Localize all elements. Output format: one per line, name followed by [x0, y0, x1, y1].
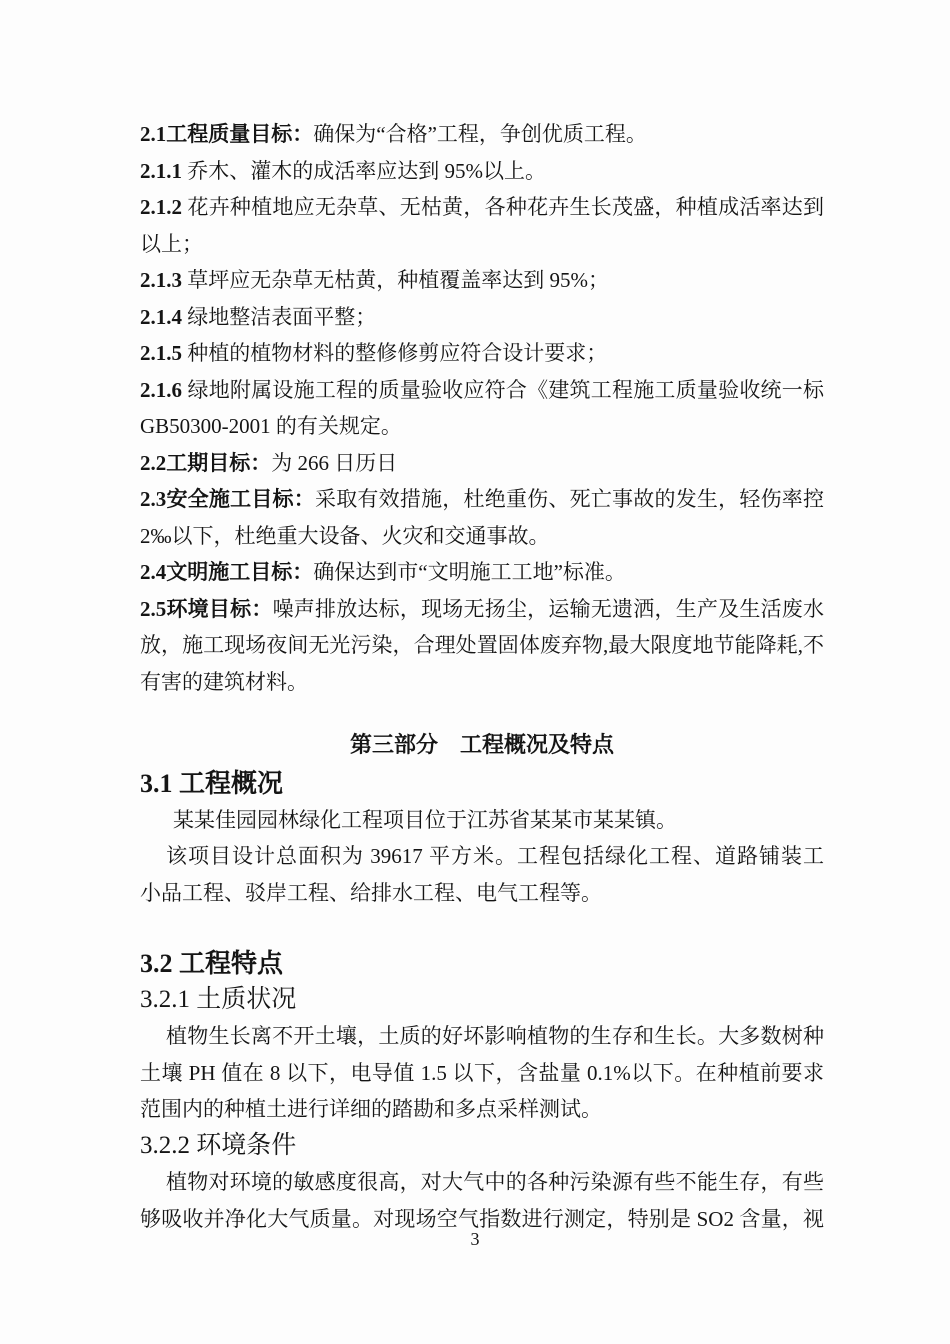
- text-segment: 植物生长离不开土壤，土质的好坏影响植物的生存和生长。大多数树种要求: [140, 1024, 824, 1055]
- text-segment: 工程概况: [179, 768, 283, 798]
- text-segment: 花卉种植地应无杂草、无枯黄，各种花卉生长茂盛，种植成活率达到 98%: [140, 195, 824, 226]
- text-segment: 2.2: [140, 451, 166, 475]
- line-2-3-safety-target: 2.3安全施工目标：采取有效措施，杜绝重伤、死亡事故的发生，轻伤率控制在: [140, 481, 824, 518]
- text-segment: 2.3: [140, 487, 166, 511]
- heading-3-2-2: 3.2.2 环境条件: [140, 1128, 824, 1165]
- text-segment: 2.1.4: [140, 305, 187, 329]
- line-2-1-2-cont: 以上；: [140, 226, 824, 263]
- text-segment: 2.1.6: [140, 378, 187, 402]
- heading-3-2-1: 3.2.1 土质状况: [140, 982, 824, 1019]
- text-segment: 3.2: [140, 949, 179, 978]
- text-segment: 工程特点: [179, 948, 283, 978]
- text-segment: 该项目设计总面积为 39617 平方米。工程包括绿化工程、道路铺装工程、装饰: [140, 844, 824, 875]
- line-2-4-civilized-target: 2.4文明施工目标：确保达到市“文明施工工地”标准。: [140, 554, 824, 591]
- text-segment: GB50300-2001 的有关规定。: [140, 414, 402, 438]
- line-3-2-2-p1: 植物对环境的敏感度很高，对大气中的各种污染源有些不能生存，有些却能: [140, 1164, 824, 1201]
- line-3-1-p2-cont: 小品工程、驳岸工程、给排水工程、电气工程等。: [140, 875, 824, 912]
- text-segment: 3.1: [140, 769, 179, 798]
- text-segment: 有害的建筑材料。: [140, 670, 308, 694]
- text-segment: 2.1: [140, 122, 166, 146]
- line-2-1-3: 2.1.3 草坪应无杂草无枯黄，种植覆盖率达到 95%；: [140, 262, 824, 299]
- line-2-1-4: 2.1.4 绿地整洁表面平整；: [140, 299, 824, 336]
- text-segment: 草坪应无杂草无枯黄，种植覆盖率达到 95%；: [187, 268, 609, 292]
- text-segment: 3.2.1 土质状况: [140, 986, 296, 1013]
- line-2-1-1: 2.1.1 乔木、灌木的成活率应达到 95%以上。: [140, 153, 824, 190]
- line-2-1-6-cont: GB50300-2001 的有关规定。: [140, 408, 824, 445]
- text-segment: 绿地附属设施工程的质量验收应符合《建筑工程施工质量验收统一标准》: [140, 378, 824, 409]
- text-segment: 2.1.5: [140, 341, 187, 365]
- text-segment: 以上；: [140, 232, 203, 256]
- text-segment: 土壤 PH 值在 8 以下，电导值 1.5 以下，含盐量 0.1%以下。在种植前…: [140, 1061, 824, 1092]
- line-2-3-cont: 2‰以下，杜绝重大设备、火灾和交通事故。: [140, 518, 824, 555]
- paragraph-spacer: [140, 700, 824, 725]
- text-segment: 安全施工目标：: [166, 488, 315, 511]
- text-segment: 工程质量目标：: [166, 123, 313, 146]
- text-segment: 文明施工目标：: [166, 561, 313, 584]
- text-segment: 3.2.2 环境条件: [140, 1132, 296, 1159]
- text-segment: 小品工程、驳岸工程、给排水工程、电气工程等。: [140, 881, 602, 905]
- text-segment: 2.5: [140, 597, 166, 621]
- page-number: 3: [0, 1228, 950, 1250]
- text-segment: 2.1.3: [140, 268, 187, 292]
- line-3-1-p2: 该项目设计总面积为 39617 平方米。工程包括绿化工程、道路铺装工程、装饰: [140, 838, 824, 875]
- heading-3-1: 3.1 工程概况: [140, 765, 824, 802]
- text-segment: 种植的植物材料的整修修剪应符合设计要求；: [187, 341, 607, 365]
- line-2-5-environment-target: 2.5环境目标：噪声排放达标，现场无扬尘，运输无遗洒，生产及生活废水达标排: [140, 591, 824, 628]
- text-segment: 植物对环境的敏感度很高，对大气中的各种污染源有些不能生存，有些却能: [140, 1170, 824, 1201]
- text-segment: 为 266 日历日: [271, 451, 397, 475]
- heading-3-2: 3.2 工程特点: [140, 945, 824, 982]
- text-segment: 2.1.1: [140, 159, 187, 183]
- line-2-2-duration-target: 2.2工期目标：为 266 日历日: [140, 445, 824, 482]
- text-segment: 2.4: [140, 560, 166, 584]
- text-segment: 某某佳园园林绿化工程项目位于江苏省某某市某某镇。: [173, 808, 677, 832]
- text-segment: 乔木、灌木的成活率应达到 95%以上。: [187, 159, 546, 183]
- line-2-5-cont-1: 放，施工现场夜间无光污染，合理处置固体废弃物,最大限度地节能降耗,不使用: [140, 627, 824, 664]
- document-body: 2.1工程质量目标：确保为“合格”工程，争创优质工程。2.1.1 乔木、灌木的成…: [140, 116, 824, 1237]
- line-2-1-2: 2.1.2 花卉种植地应无杂草、无枯黄，各种花卉生长茂盛，种植成活率达到 98%: [140, 189, 824, 226]
- text-segment: 确保达到市“文明施工工地”标准。: [313, 560, 626, 584]
- line-3-2-1-p1-cont1: 土壤 PH 值在 8 以下，电导值 1.5 以下，含盐量 0.1%以下。在种植前…: [140, 1055, 824, 1092]
- text-segment: 绿地整洁表面平整；: [187, 305, 376, 329]
- text-segment: 2.1.2: [140, 195, 187, 219]
- line-2-1-5: 2.1.5 种植的植物材料的整修修剪应符合设计要求；: [140, 335, 824, 372]
- line-2-5-cont-2: 有害的建筑材料。: [140, 664, 824, 701]
- text-segment: 放，施工现场夜间无光污染，合理处置固体废弃物,最大限度地节能降耗,不使用: [140, 633, 824, 664]
- paragraph-spacer: [140, 911, 824, 945]
- line-3-2-1-p1-cont2: 范围内的种植土进行详细的踏勘和多点采样测试。: [140, 1091, 824, 1128]
- text-segment: 范围内的种植土进行详细的踏勘和多点采样测试。: [140, 1097, 602, 1121]
- document-page: 2.1工程质量目标：确保为“合格”工程，争创优质工程。2.1.1 乔木、灌木的成…: [0, 0, 950, 1344]
- section-3-heading: 第三部分 工程概况及特点: [140, 725, 824, 765]
- line-3-1-p1: 某某佳园园林绿化工程项目位于江苏省某某市某某镇。: [140, 802, 824, 839]
- line-3-2-1-p1: 植物生长离不开土壤，土质的好坏影响植物的生存和生长。大多数树种要求: [140, 1018, 824, 1055]
- line-2-1-6: 2.1.6 绿地附属设施工程的质量验收应符合《建筑工程施工质量验收统一标准》: [140, 372, 824, 409]
- text-segment: 环境目标：: [166, 598, 272, 621]
- line-2-1-quality-target: 2.1工程质量目标：确保为“合格”工程，争创优质工程。: [140, 116, 824, 153]
- text-segment: 工期目标：: [166, 452, 271, 475]
- text-segment: 确保为“合格”工程，争创优质工程。: [313, 122, 647, 146]
- text-segment: 第三部分 工程概况及特点: [350, 732, 614, 757]
- text-segment: 2‰以下，杜绝重大设备、火灾和交通事故。: [140, 524, 550, 548]
